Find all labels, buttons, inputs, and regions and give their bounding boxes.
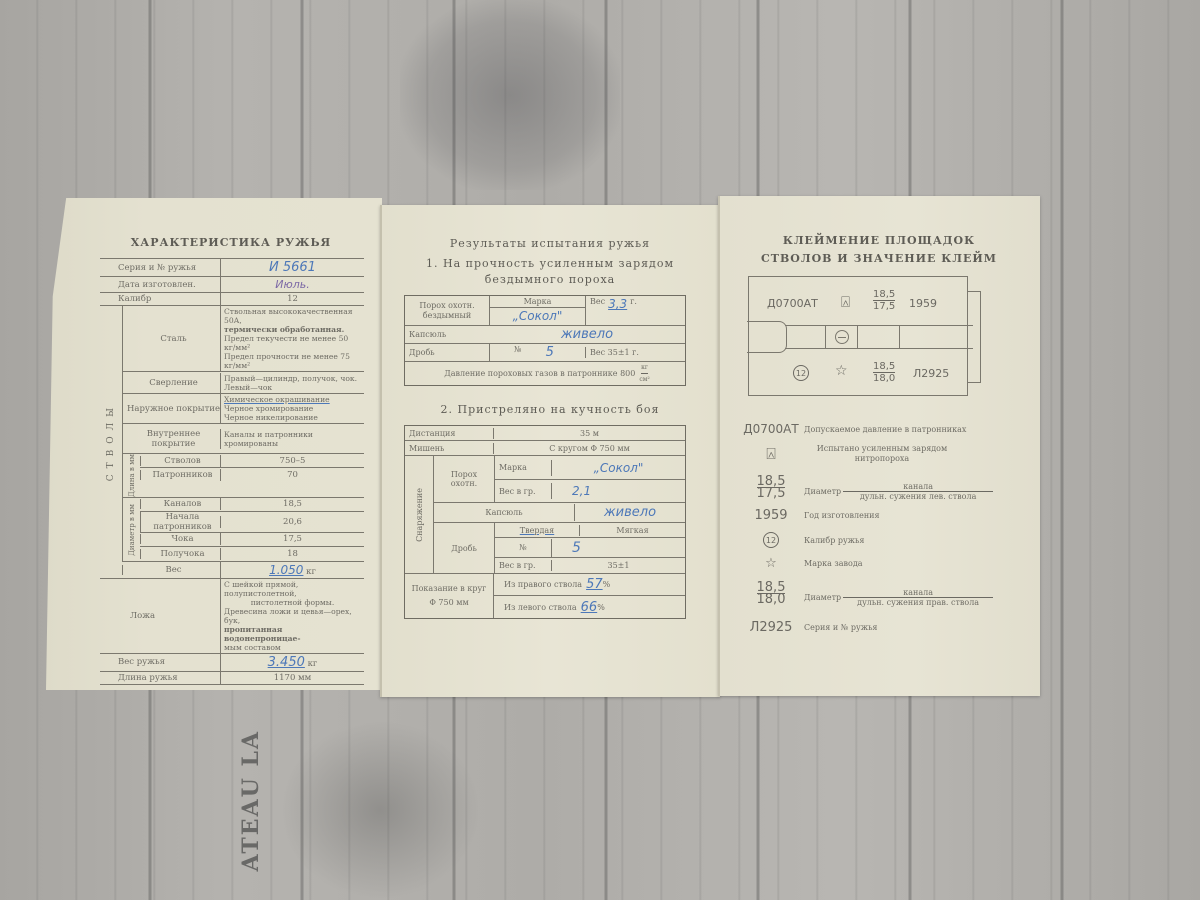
row-label: Наружное покрытие bbox=[122, 394, 220, 423]
distance-value: 35 м bbox=[493, 428, 685, 439]
legend-text: Допускаемое давление в патронниках bbox=[804, 425, 966, 434]
row-label: Начала патронников bbox=[140, 512, 220, 532]
row-value: 17,5 bbox=[220, 533, 364, 545]
legend-text: Диаметр канала дульн. сужения лев. ствол… bbox=[804, 482, 993, 501]
row-label: Получока bbox=[140, 549, 220, 559]
barrels-label: СТВОЛЫ bbox=[106, 402, 116, 481]
powder-weight-value: 2,1 bbox=[551, 483, 685, 499]
background-print-text: ATEAU LA bbox=[238, 730, 264, 871]
unit: кг bbox=[306, 567, 316, 577]
fraction: 18,5 17,5 bbox=[757, 476, 786, 499]
left-barrel-label: Из левого ствола bbox=[494, 602, 581, 613]
length-label: Длина в мм bbox=[122, 454, 140, 497]
shot-row: Дробь Твердая Мягкая № 5 Вес в гр. 35±1 bbox=[434, 523, 685, 573]
panel-title: Результаты испытания ружья bbox=[380, 237, 720, 250]
brand-value: „Сокол" bbox=[490, 308, 585, 324]
row-label: Капсюль bbox=[434, 507, 574, 518]
weight-cell: Вес 3,3 г. bbox=[585, 296, 685, 325]
group-label: Диаметр в мм bbox=[128, 504, 136, 556]
primer-value: живело bbox=[489, 326, 685, 343]
section1-subtitle: бездымного пороха bbox=[380, 273, 720, 286]
brand-value: „Сокол" bbox=[551, 460, 685, 476]
section1-title: 1. На прочность усиленным зарядом bbox=[380, 257, 720, 270]
table-row: № 5 bbox=[495, 538, 685, 558]
divider bbox=[857, 326, 858, 348]
table-row: Внутреннее покрытие Каналы и патронники … bbox=[122, 424, 364, 454]
row-label: Мишень bbox=[405, 443, 493, 454]
table-row: Получока 18 bbox=[140, 547, 364, 561]
brand-label: Марка bbox=[490, 296, 585, 308]
row-label: Ложа bbox=[100, 579, 220, 653]
row-label: Дата изготовлен. bbox=[100, 280, 220, 290]
barrels-rows: Сталь Ствольная высококачественная 50А, … bbox=[122, 306, 364, 578]
shot-hard: Твердая bbox=[495, 525, 579, 536]
shot-number-value: 5 bbox=[546, 345, 554, 360]
denominator: дульн. сужения лев. ствола bbox=[860, 492, 977, 501]
table-row: Давление пороховых газов в патроннике 80… bbox=[405, 362, 685, 385]
table-row: Сталь Ствольная высококачественная 50А, … bbox=[122, 306, 364, 372]
table-row: Порох охотн. бездымный Марка „Сокол" Вес… bbox=[405, 296, 685, 326]
divider bbox=[825, 326, 826, 348]
diameter-symbol: 18,5 17,5 bbox=[742, 474, 800, 499]
row-value: 18 bbox=[220, 548, 364, 560]
unit-numerator: кг bbox=[641, 362, 648, 374]
panel-gun-characteristics: ХАРАКТЕРИСТИКА РУЖЬЯ Серия и № ружья И 5… bbox=[46, 198, 382, 690]
group-label: Снаряжение bbox=[415, 488, 424, 542]
shot-weight-value: 35±1 bbox=[551, 560, 685, 571]
table-row: Вес в гр. 35±1 bbox=[495, 558, 685, 573]
panel-title-line2: СТВОЛОВ И ЗНАЧЕНИЕ КЛЕЙМ bbox=[718, 252, 1040, 265]
powder-row: Порох охотн. Марка „Сокол" Вес в гр. 2,1 bbox=[434, 456, 685, 503]
row-label: Капсюль bbox=[405, 329, 489, 340]
denominator: дульн. сужения прав. ствола bbox=[857, 598, 979, 607]
gun-weight-value: 3.450 кг bbox=[220, 654, 364, 671]
row-label: Порох охотн. бездымный bbox=[405, 300, 489, 322]
table-row: Сверление Правый—цилиндр, получок, чок. … bbox=[122, 372, 364, 394]
barrels-group: СТВОЛЫ Сталь Ствольная высококачественна… bbox=[100, 306, 364, 579]
legend-text: Диаметр канала дульн. сужения прав. ство… bbox=[804, 588, 993, 607]
table-row: Серия и № ружья И 5661 bbox=[100, 258, 364, 277]
group-label: СТВОЛЫ bbox=[100, 306, 122, 578]
row-value: 750–5 bbox=[220, 455, 364, 467]
unit: г. bbox=[630, 297, 637, 306]
table-row: Мишень С кругом Φ 750 мм bbox=[405, 441, 685, 456]
numerator: 18,5 bbox=[873, 361, 895, 373]
accuracy-test-table: Дистанция 35 м Мишень С кругом Φ 750 мм … bbox=[404, 425, 686, 619]
row-label: Каналов bbox=[140, 499, 220, 509]
barrel-flat-outline bbox=[785, 325, 973, 349]
unit-denominator: см² bbox=[639, 374, 649, 385]
legend-text: Калибр ружья bbox=[804, 536, 864, 545]
fraction: канала дульн. сужения лев. ствола bbox=[843, 482, 993, 501]
row-label: Калибр bbox=[100, 294, 220, 304]
row-label: Дистанция bbox=[405, 428, 493, 439]
table-row: Вес в гр. 2,1 bbox=[495, 480, 685, 502]
pressure-unit: кг см² bbox=[639, 362, 649, 385]
row-label: Серия и № ружья bbox=[100, 263, 220, 273]
diameter-rows: Каналов 18,5 Начала патронников 20,6 Чок… bbox=[140, 498, 364, 561]
prefix: Диаметр bbox=[804, 487, 841, 496]
table-row: Капсюль живело bbox=[405, 326, 685, 344]
row-label: Сталь bbox=[122, 306, 220, 371]
table-row: Длина ружья 1170 мм bbox=[100, 672, 364, 685]
text-line: Левый—чок bbox=[224, 383, 361, 392]
row-label: Дробь bbox=[434, 523, 494, 573]
table-row: Стволов 750–5 bbox=[140, 454, 364, 468]
number-label: № bbox=[514, 345, 522, 360]
barrel-breech-outline bbox=[747, 321, 787, 353]
table-row: Патронников 70 bbox=[140, 468, 364, 482]
legend-item: 12 Калибр ружья bbox=[742, 532, 864, 548]
table-row: Наружное покрытие Химическое окрашивание… bbox=[122, 394, 364, 424]
shot-number-cell: № 5 bbox=[489, 344, 585, 361]
legend-item: Д0700АТ Допускаемое давление в патронник… bbox=[742, 422, 966, 436]
table-row: Дробь № 5 Вес 35±1 г. bbox=[405, 344, 685, 362]
table-row: Вес ружья 3.450 кг bbox=[100, 654, 364, 672]
left-barrel-value: 66 bbox=[581, 600, 598, 615]
divider bbox=[899, 326, 900, 348]
screw-icon bbox=[835, 330, 849, 344]
table-row: Капсюль живело bbox=[434, 503, 685, 523]
year-symbol: 1959 bbox=[742, 508, 800, 523]
text-line: мым составом bbox=[224, 643, 361, 652]
pressure-symbol: Д0700АТ bbox=[742, 422, 800, 436]
denominator: 17,5 bbox=[873, 301, 895, 312]
table-row: Марка „Сокол" bbox=[495, 456, 685, 480]
primer-value: живело bbox=[574, 504, 685, 521]
text-line: Ствольная высококачественная 50А, bbox=[224, 307, 361, 325]
proof-stamp-icon: ⍓ bbox=[841, 293, 850, 311]
section2-title: 2. Пристреляно на кучность боя bbox=[380, 403, 720, 416]
shot-subrows: Твердая Мягкая № 5 Вес в гр. 35±1 bbox=[494, 523, 685, 573]
right-diameter-stamp: 18,5 18,0 bbox=[873, 361, 895, 384]
shot-weight: Вес 35±1 г. bbox=[585, 347, 685, 358]
barrel-lug-outline bbox=[967, 291, 981, 383]
row-value: 20,6 bbox=[220, 516, 364, 528]
caliber-symbol: 12 bbox=[742, 532, 800, 548]
legend-item: Л2925 Серия и № ружья bbox=[742, 620, 877, 635]
legend-item: 18,5 18,0 Диаметр канала дульн. сужения … bbox=[742, 578, 993, 607]
target-value: С кругом Φ 750 мм bbox=[493, 443, 685, 454]
serial-symbol: Л2925 bbox=[742, 620, 800, 635]
handwritten-value: 3.450 bbox=[268, 655, 305, 670]
factory-mark-icon: ☆ bbox=[742, 556, 800, 571]
table-row: Вес 1.050 кг bbox=[122, 562, 364, 578]
text-line: Предел текучести не менее 50 кг/мм² bbox=[224, 334, 361, 352]
caliber-icon: 12 bbox=[763, 532, 779, 548]
charge-group-label: Снаряжение bbox=[405, 456, 433, 573]
outer-coating-value: Химическое окрашивание Черное хромирован… bbox=[220, 394, 364, 423]
caliber-value: 12 bbox=[220, 293, 364, 305]
unit: кг bbox=[308, 659, 318, 669]
row-label: Стволов bbox=[140, 456, 220, 466]
right-barrel-value: 57 bbox=[586, 577, 603, 592]
background-stain bbox=[280, 720, 480, 900]
text-line: Черное хромирование bbox=[224, 404, 361, 413]
pressure-text: Давление пороховых газов в патроннике 80… bbox=[440, 368, 639, 379]
steel-value: Ствольная высококачественная 50А, термич… bbox=[220, 306, 364, 371]
serial-stamp: Л2925 bbox=[913, 367, 949, 380]
table-row: Начала патронников 20,6 bbox=[140, 512, 364, 533]
strength-test-table: Порох охотн. бездымный Марка „Сокол" Вес… bbox=[404, 295, 686, 386]
stock-value: С шейкой прямой, полупистолетной, пистол… bbox=[220, 579, 364, 653]
legend-text: Серия и № ружья bbox=[804, 623, 877, 632]
left-diameter-stamp: 18,5 17,5 bbox=[873, 289, 895, 312]
table-row: Из левого ствола 66 % bbox=[494, 596, 685, 618]
barrel-stamp-diagram: Д0700АТ ⍓ 18,5 17,5 1959 12 ☆ 18,5 18,0 … bbox=[748, 276, 968, 396]
fraction: канала дульн. сужения прав. ствола bbox=[843, 588, 993, 607]
charge-rows: Порох охотн. Марка „Сокол" Вес в гр. 2,1… bbox=[433, 456, 685, 573]
percent-sign: % bbox=[597, 603, 605, 612]
row-label: Вес ружья bbox=[100, 657, 220, 667]
legend-text: Год изготовления bbox=[804, 511, 880, 520]
number-label: № bbox=[495, 542, 551, 553]
numerator: канала bbox=[843, 482, 993, 492]
text-line: пропитанная водонепроницае- bbox=[224, 625, 361, 643]
denominator: 18,0 bbox=[757, 594, 786, 605]
table-row: Дата изготовлен. Июль. bbox=[100, 277, 364, 293]
shot-number-value: 5 bbox=[551, 539, 685, 557]
text-line: термически обработанная. bbox=[224, 325, 361, 334]
text-line: Древесина ложи и цевья—орех, бук, bbox=[224, 607, 361, 625]
table-row: Каналов 18,5 bbox=[140, 498, 364, 512]
row-label: Чока bbox=[140, 534, 220, 544]
row-label: Показание в круг Φ 750 мм bbox=[405, 574, 493, 618]
weight-value: 3,3 bbox=[608, 297, 627, 311]
boring-value: Правый—цилиндр, получок, чок. Левый—чок bbox=[220, 373, 364, 393]
table-row: Твердая Мягкая bbox=[495, 523, 685, 538]
characteristics-table: Серия и № ружья И 5661 Дата изготовлен. … bbox=[100, 258, 364, 685]
panel-test-results: Результаты испытания ружья 1. На прочнос… bbox=[380, 205, 720, 697]
gun-length-value: 1170 мм bbox=[220, 672, 364, 684]
charge-section: Снаряжение Порох охотн. Марка „Сокол" Ве… bbox=[405, 456, 685, 574]
row-label: Вес в гр. bbox=[495, 486, 551, 497]
legend-item: ☆ Марка завода bbox=[742, 556, 863, 571]
panel-title: ХАРАКТЕРИСТИКА РУЖЬЯ bbox=[86, 236, 376, 249]
group-label: Длина в мм bbox=[128, 454, 136, 497]
text-line: пистолетной формы. bbox=[224, 598, 361, 607]
row-label: Внутреннее покрытие bbox=[122, 424, 220, 453]
text-line: Химическое окрашивание bbox=[224, 395, 361, 404]
panel-barrel-marks: КЛЕЙМЕНИЕ ПЛОЩАДОК СТВОЛОВ И ЗНАЧЕНИЕ КЛ… bbox=[718, 196, 1040, 696]
table-row: Ложа С шейкой прямой, полупистолетной, п… bbox=[100, 579, 364, 654]
panel-title-line1: КЛЕЙМЕНИЕ ПЛОЩАДОК bbox=[718, 234, 1040, 247]
text-line: Предел прочности не менее 75 кг/мм² bbox=[224, 352, 361, 370]
table-row: Дистанция 35 м bbox=[405, 426, 685, 441]
legend-text: Испытано усиленным зарядом нитропороха bbox=[812, 444, 952, 464]
barrel-weight-value: 1.050 кг bbox=[220, 562, 364, 578]
table-row: Чока 17,5 bbox=[140, 533, 364, 547]
prefix: Диаметр bbox=[804, 593, 841, 602]
row-value: 18,5 bbox=[220, 498, 364, 510]
legend-item: 18,5 17,5 Диаметр канала дульн. сужения … bbox=[742, 472, 993, 501]
denominator: 18,0 bbox=[873, 373, 895, 384]
caliber-stamp: 12 bbox=[793, 365, 809, 381]
row-value: 70 bbox=[220, 469, 364, 481]
factory-mark-icon: ☆ bbox=[835, 363, 848, 379]
length-rows: Стволов 750–5 Патронников 70 bbox=[140, 454, 364, 497]
row-label: Вес в гр. bbox=[495, 560, 551, 571]
text-line: Правый—цилиндр, получок, чок. bbox=[224, 374, 361, 383]
brand-cell: Марка „Сокол" bbox=[489, 296, 585, 325]
handwritten-value: 1.050 bbox=[269, 563, 303, 577]
row-label: Дробь bbox=[405, 347, 489, 358]
table-row: Калибр 12 bbox=[100, 293, 364, 306]
weight-label: Вес bbox=[590, 297, 605, 306]
background-stain bbox=[400, 0, 620, 190]
row-label: Порох охотн. bbox=[434, 456, 494, 502]
result-section: Показание в круг Φ 750 мм Из правого ств… bbox=[405, 574, 685, 618]
proof-icon: ⍓ bbox=[742, 444, 800, 464]
serial-value: И 5661 bbox=[220, 259, 364, 276]
numerator: 18,5 bbox=[873, 289, 895, 301]
diameter-label: Диаметр в мм bbox=[122, 498, 140, 561]
powder-subrows: Марка „Сокол" Вес в гр. 2,1 bbox=[494, 456, 685, 502]
diameter-symbol: 18,5 18,0 bbox=[742, 580, 800, 605]
row-label: Марка bbox=[495, 462, 551, 473]
legend-item: 1959 Год изготовления bbox=[742, 508, 880, 523]
table-row: Из правого ствола 57 % bbox=[494, 574, 685, 596]
percent-sign: % bbox=[603, 580, 611, 589]
row-label: Длина ружья bbox=[100, 673, 220, 683]
row-label: Патронников bbox=[140, 470, 220, 480]
row-label: Вес bbox=[122, 565, 220, 575]
fold-line bbox=[718, 196, 720, 696]
diameter-group: Диаметр в мм Каналов 18,5 Начала патронн… bbox=[122, 498, 364, 562]
row-label: Сверление bbox=[122, 372, 220, 393]
date-value: Июль. bbox=[220, 277, 364, 292]
right-barrel-label: Из правого ствола bbox=[494, 579, 586, 590]
screw-slot bbox=[838, 337, 846, 338]
result-rows: Из правого ствола 57 % Из левого ствола … bbox=[493, 574, 685, 618]
fraction: 18,5 18,0 bbox=[757, 582, 786, 605]
denominator: 17,5 bbox=[757, 488, 786, 499]
text-line: Черное никелирование bbox=[224, 413, 361, 422]
pressure-stamp: Д0700АТ bbox=[767, 297, 818, 310]
numerator: канала bbox=[843, 588, 993, 598]
year-stamp: 1959 bbox=[909, 297, 937, 310]
inner-coating-value: Каналы и патронники хромированы bbox=[220, 429, 364, 449]
shot-soft: Мягкая bbox=[579, 525, 685, 536]
legend-text: Марка завода bbox=[804, 559, 863, 568]
legend-item: ⍓ Испытано усиленным зарядом нитропороха bbox=[742, 444, 952, 464]
text-line: С шейкой прямой, полупистолетной, bbox=[224, 580, 361, 598]
length-group: Длина в мм Стволов 750–5 Патронников 70 bbox=[122, 454, 364, 498]
